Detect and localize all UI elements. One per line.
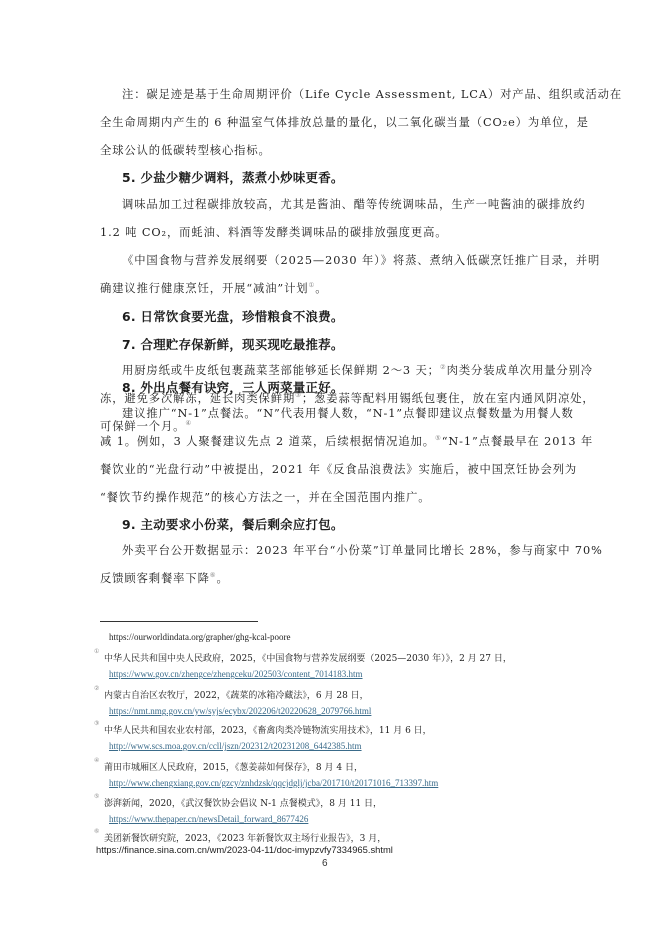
section8-text-a: 减 1。例如，3 人聚餐建议先点 2 道菜，后续根据情况追加。 <box>100 435 435 448</box>
section5-line-4-text: 确建议推行健康烹饪，开展“减油”计划 <box>100 282 309 295</box>
section9-line-1: 外卖平台公开数据显示：2023 年平台“小份菜”订单量同比增长 28%，参与商家… <box>122 542 572 558</box>
section9-text: 反馈顾客剩餐率下降 <box>100 572 210 585</box>
note-line-2: 全生命周期内产生的 6 种温室气体排放总量的量化，以二氧化碳当量（CO₂e）为单… <box>100 114 572 130</box>
footnote-3: ③中华人民共和国农业农村部，2023，《畜禽肉类冷链物流实用技术》，11 月 6… <box>104 723 432 736</box>
note-line-1: 注：碳足迹是基于生命周期评价（Life Cycle Assessment, LC… <box>122 86 572 102</box>
footnote-mark-6: ⑥ <box>94 828 99 835</box>
footnote-6: ⑥美团新餐饮研究院，2023，《2023 年新餐饮双主场行业报告》，3 月， <box>104 831 386 844</box>
footnote-5: ⑤澎湃新闻，2020，《武汉餐饮协会倡议 N-1 点餐模式》，8 月 11 日， <box>104 796 382 809</box>
footnote-3-citation: 中华人民共和国农业农村部，2023，《畜禽肉类冷链物流实用技术》，11 月 6 … <box>104 726 432 736</box>
footnote-ref-2[interactable]: ② <box>440 363 447 371</box>
footnote-1: ①中华人民共和国中央人民政府，2025，《中国食物与营养发展纲要（2025—20… <box>104 651 512 664</box>
footnote-ref-6[interactable]: ⑥ <box>210 571 217 579</box>
section7-text-e: 可保鲜一个月。 <box>100 420 185 433</box>
section8-line-4: “餐饮节约操作规范”的核心方法之一，并在全国范围内推广。 <box>100 489 572 505</box>
section8-line-1: 建议推广“N-1”点餐法。“N”代表用餐人数，“N-1”点餐即建议点餐数量为用餐… <box>122 405 572 421</box>
section7-line-1: 用厨房纸或牛皮纸包裹蔬菜茎部能够延长保鲜期 2～3 天；②肉类分装成单次用量分别… <box>122 362 572 378</box>
section5-line-3: 《中国食物与营养发展纲要（2025—2030 年）》将蒸、煮纳入低碳烹饪推广目录… <box>122 252 572 268</box>
footnote-divider <box>100 621 258 622</box>
footnote-1-link[interactable]: https://www.gov.cn/zhengce/zhengceku/202… <box>109 669 363 679</box>
heading-5: 5. 少盐少糖少调料，蒸煮小炒味更香。 <box>122 168 344 186</box>
heading-6: 6. 日常饮食要光盘，珍惜粮食不浪费。 <box>122 307 344 325</box>
page-number: 6 <box>322 858 328 869</box>
footnote-5-link[interactable]: https://www.thepaper.cn/newsDetail_forwa… <box>109 814 308 824</box>
section7-text-a: 用厨房纸或牛皮纸包裹蔬菜茎部能够延长保鲜期 2～3 天； <box>122 364 440 377</box>
footnote-3-url[interactable]: http://www.scs.moa.gov.cn/ccll/jszn/2023… <box>109 741 362 751</box>
heading-8: 8. 外出点餐有诀窍，三人两菜量正好。 <box>122 378 344 396</box>
footnote-1-citation: 中华人民共和国中央人民政府，2025，《中国食物与营养发展纲要（2025—203… <box>104 654 512 664</box>
footnote-6-citation: 美团新餐饮研究院，2023，《2023 年新餐饮双主场行业报告》，3 月， <box>104 834 386 844</box>
footnote-1-url[interactable]: https://www.gov.cn/zhengce/zhengceku/202… <box>109 669 363 679</box>
section7-text-b: 肉类分装成单次用量分别冷 <box>447 364 593 377</box>
footnote-2: ②内蒙古自治区农牧厅，2022，《蔬菜的冰箱冷藏法》，6 月 28 日， <box>104 688 369 701</box>
footnote-2-citation: 内蒙古自治区农牧厅，2022，《蔬菜的冰箱冷藏法》，6 月 28 日， <box>104 691 369 701</box>
footnote-5-url[interactable]: https://www.thepaper.cn/newsDetail_forwa… <box>109 814 308 824</box>
section7-text-d: ；葱姜蒜等配料用锡纸包裹住，放在室内通风阴凉处， <box>302 392 595 405</box>
section8-line-2: 减 1。例如，3 人聚餐建议先点 2 道菜，后续根据情况追加。⑤“N-1”点餐最… <box>100 433 572 449</box>
section9-line-2: 反馈顾客剩餐率下降⑥。 <box>100 570 572 586</box>
document-page: 注：碳足迹是基于生命周期评价（Life Cycle Assessment, LC… <box>0 0 654 925</box>
footnote-4-url[interactable]: http://www.chengxiang.gov.cn/gzcy/znhdzs… <box>109 778 438 788</box>
footnote-4-citation: 莆田市城厢区人民政府，2015，《葱姜蒜如何保存》，8 月 4 日， <box>104 763 363 773</box>
footnote-4-link[interactable]: http://www.chengxiang.gov.cn/gzcy/znhdzs… <box>109 778 438 788</box>
footnote-3-link[interactable]: http://www.scs.moa.gov.cn/ccll/jszn/2023… <box>109 741 362 751</box>
footnote-mark-2: ② <box>94 685 99 692</box>
footnote-4: ④莆田市城厢区人民政府，2015，《葱姜蒜如何保存》，8 月 4 日， <box>104 760 363 773</box>
section5-line-4: 确建议推行健康烹饪，开展“减油”计划①。 <box>100 280 572 296</box>
footnote-continued-url[interactable]: https://ourworldindata.org/grapher/ghg-k… <box>109 632 291 642</box>
footnote-5-citation: 澎湃新闻，2020，《武汉餐饮协会倡议 N-1 点餐模式》，8 月 11 日， <box>104 799 382 809</box>
note-line-3: 全球公认的低碳转型核心指标。 <box>100 142 572 158</box>
footnote-mark-3: ③ <box>94 720 99 727</box>
period: 。 <box>315 282 327 295</box>
section8-line-3: 餐饮业的“光盘行动”中被提出，2021 年《反食品浪费法》实施后，被中国烹饪协会… <box>100 461 572 477</box>
period: 。 <box>217 572 229 585</box>
footnote-6-url[interactable]: https://finance.sina.com.cn/wm/2023-04-1… <box>96 844 393 855</box>
heading-9: 9. 主动要求小份菜，餐后剩余应打包。 <box>122 515 344 533</box>
section8-text-b: “N-1”点餐最早在 2013 年 <box>442 435 593 448</box>
footnote-mark-4: ④ <box>94 757 99 764</box>
heading-7: 7. 合理贮存保新鲜，现买现吃最推荐。 <box>122 335 344 353</box>
section5-line-2: 1.2 吨 CO₂，而蚝油、料酒等发酵类调味品的碳排放强度更高。 <box>100 224 572 240</box>
footnote-2-link[interactable]: https://nmt.nmg.gov.cn/yw/syjs/ecybx/202… <box>109 706 371 716</box>
footnote-mark-1: ① <box>94 648 99 655</box>
section5-line-1: 调味品加工过程碳排放较高，尤其是酱油、醋等传统调味品，生产一吨酱油的碳排放约 <box>122 196 572 212</box>
footnote-mark-5: ⑤ <box>94 793 99 800</box>
footnote-2-url[interactable]: https://nmt.nmg.gov.cn/yw/syjs/ecybx/202… <box>109 706 371 716</box>
footnote-ref-5[interactable]: ⑤ <box>435 434 442 442</box>
